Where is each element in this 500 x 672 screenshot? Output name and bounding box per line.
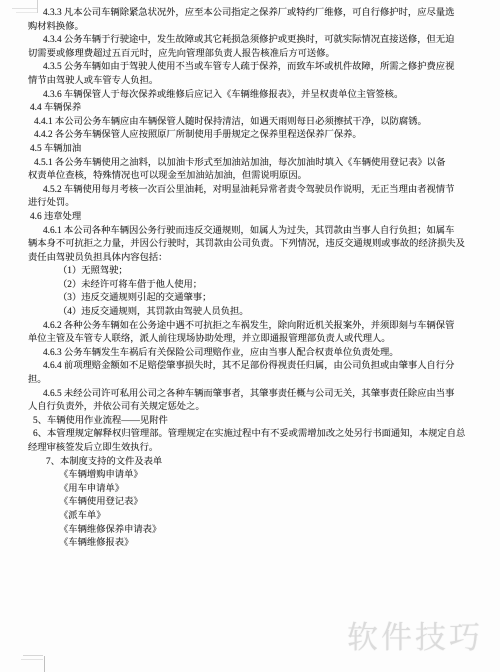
document-line: 《车辆使用登记表》 <box>28 496 474 510</box>
document-line: 进行处罚。 <box>28 197 474 211</box>
document-line: 5、车辆使用作业流程——见附件 <box>28 415 474 429</box>
document-line: 人自行负责外，并依公司有关规定惩处之。 <box>28 401 474 415</box>
document-line: 7、本制度支持的文件及表单 <box>28 456 474 470</box>
document-body: 4.3.3 凡本公司车辆除紧急状况外，应至本公司指定之保养厂或特约厂维修，可自行… <box>28 7 474 551</box>
document-line: 4.4 车辆保养 <box>28 102 474 116</box>
watermark-text: 软件技巧 <box>347 612 483 657</box>
document-line: 购材料换修。 <box>28 21 474 35</box>
document-line: 《用车申请单》 <box>28 483 474 497</box>
document-line: （1）无照驾驶； <box>28 265 474 279</box>
document-line: 4.6.4 前项理赔金额如不足赔偿肇事损失时，其不足部份得视责任归属，由公司负担… <box>28 360 474 374</box>
document-line: 4.6.2 各种公务车辆如在公务途中遇不可抗拒之车祸发生，除向附近机关报案外，并… <box>28 320 474 334</box>
document-line: 担。 <box>28 374 474 388</box>
document-line: 单位主管及车管专人联络，派人前往现场协助处理，并立即通报管理部负责人或代理人。 <box>28 333 474 347</box>
document-line: 《车辆增购申请单》 <box>28 469 474 483</box>
document-line: 4.3.3 凡本公司车辆除紧急状况外，应至本公司指定之保养厂或特约厂维修，可自行… <box>28 7 474 21</box>
page-fold-mark-bottom-left <box>23 655 43 656</box>
document-line: 《车辆维修保养申请表》 <box>28 524 474 538</box>
document-line: 4.4.1 本公司公务车辆应由车辆保管人随时保持清洁，如遇天雨则每日必须擦拭干净… <box>28 116 474 130</box>
document-line: 4.5 车辆加油 <box>28 143 474 157</box>
document-line: 责任由驾驶员负担具体内容包括： <box>28 252 474 266</box>
page-fold-mark-bottom-left <box>21 659 43 660</box>
document-line: 辆本身不可抗拒之力量，并因公行驶时，其罚款由公司负责。下列情况，违反交通规则或事… <box>28 238 474 252</box>
document-line: （4）违反交通规则，其罚款由驾驶人员负担。 <box>28 306 474 320</box>
document-line: 4.3.4 公务车辆于行驶途中，发生故障或其它耗损急须修护或更换时，可就实际情况… <box>28 34 474 48</box>
document-line: 权责单位查核，特殊情况也可以现金至加油站加油，但需说明原因。 <box>28 170 474 184</box>
document-line: （2）未经许可将车借于他人使用； <box>28 279 474 293</box>
document-line: 《派车单》 <box>28 510 474 524</box>
document-line: 4.6.5 未经公司许可私用公司之各种车辆而肇事者，其肇事责任概与公司无关，其肇… <box>28 388 474 402</box>
document-line: 情节由驾驶人或车管专人负担。 <box>28 75 474 89</box>
document-line: （3）违反交通规则引起的交通肇事； <box>28 292 474 306</box>
document-line: 4.5.1 各公务车辆使用之油料，以加油卡形式至加油站加油，每次加油时填入《车辆… <box>28 157 474 171</box>
document-line: 6、本管理规定解释权归管理部。管理规定在实施过程中有不妥或需增加改之处另行书面通… <box>28 428 474 442</box>
document-line: 经理审核签发后立即生效执行。 <box>28 442 474 456</box>
document-line: 4.6 违章处理 <box>28 211 474 225</box>
document-line: 《车辆维修报表》 <box>28 537 474 551</box>
document-page: 4.3.3 凡本公司车辆除紧急状况外，应至本公司指定之保养厂或特约厂维修，可自行… <box>0 0 500 672</box>
page-fold-mark-bottom-left <box>44 656 45 672</box>
document-line: 4.3.5 公务车辆如由于驾驶人使用不当或车管专人疏于保养，而致车坏或机件故障，… <box>28 61 474 75</box>
document-line: 4.5.2 车辆使用每月考核一次百公里油耗，对明显油耗异常者责令驾驶员作说明，无… <box>28 184 474 198</box>
document-line: 4.6.1 本公司各种车辆因公务行驶而违反交通规则，如属人为过失，其罚款由当事人… <box>28 225 474 239</box>
document-line: 4.3.6 车辆保管人于每次保养或维修后应记入《车辆维修报表》，并呈权责单位主管… <box>28 89 474 103</box>
document-line: 切需要或修理费超过五百元时，应先向管理部负责人报告核准后方可送修。 <box>28 48 474 62</box>
document-line: 4.4.2 各公务车辆保管人应按照原厂所制使用手册规定之保养里程送保养厂保养。 <box>28 129 474 143</box>
document-line: 4.6.3 公务车辆发生车祸后有关保险公司理赔作业，应由当事人配合权责单位负责处… <box>28 347 474 361</box>
